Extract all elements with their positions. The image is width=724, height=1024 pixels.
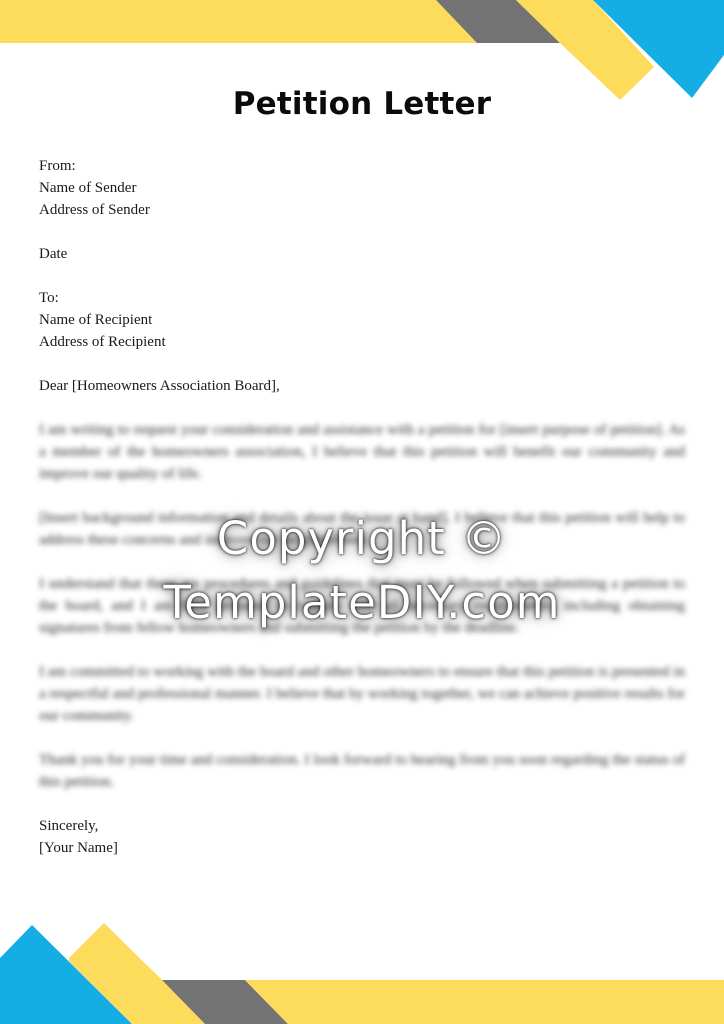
sender-name: Name of Sender <box>39 177 685 199</box>
spacer <box>39 221 685 243</box>
date: Date <box>39 243 685 265</box>
spacer <box>39 353 685 375</box>
body-paragraph-4: I am committed to working with the board… <box>39 661 685 727</box>
top-blue-triangle <box>593 0 724 98</box>
spacer <box>39 265 685 287</box>
sender-address: Address of Sender <box>39 199 685 221</box>
letter-body: From: Name of Sender Address of Sender D… <box>39 155 685 859</box>
recipient-name: Name of Recipient <box>39 309 685 331</box>
salutation: Dear [Homeowners Association Board], <box>39 375 685 397</box>
recipient-address: Address of Recipient <box>39 331 685 353</box>
sender-label: From: <box>39 155 685 177</box>
top-yellow-band <box>0 0 477 43</box>
body-paragraph-5: Thank you for your time and consideratio… <box>39 749 685 793</box>
page-title: Petition Letter <box>0 86 724 122</box>
body-paragraph-1: I am writing to request your considerati… <box>39 419 685 485</box>
top-gray-stripe <box>436 0 560 43</box>
watermark-copyright: Copyright © <box>0 512 724 565</box>
closing: Sincerely, <box>39 815 685 837</box>
spacer <box>39 397 685 419</box>
bottom-yellow-stripe <box>69 923 205 1024</box>
top-yellow-stripe <box>516 0 654 100</box>
bottom-blue-triangle <box>0 925 132 1024</box>
bottom-yellow-band <box>245 980 724 1024</box>
watermark-site: TemplateDIY.com <box>0 576 724 629</box>
recipient-label: To: <box>39 287 685 309</box>
bottom-gray-stripe <box>162 980 288 1024</box>
signature: [Your Name] <box>39 837 685 859</box>
